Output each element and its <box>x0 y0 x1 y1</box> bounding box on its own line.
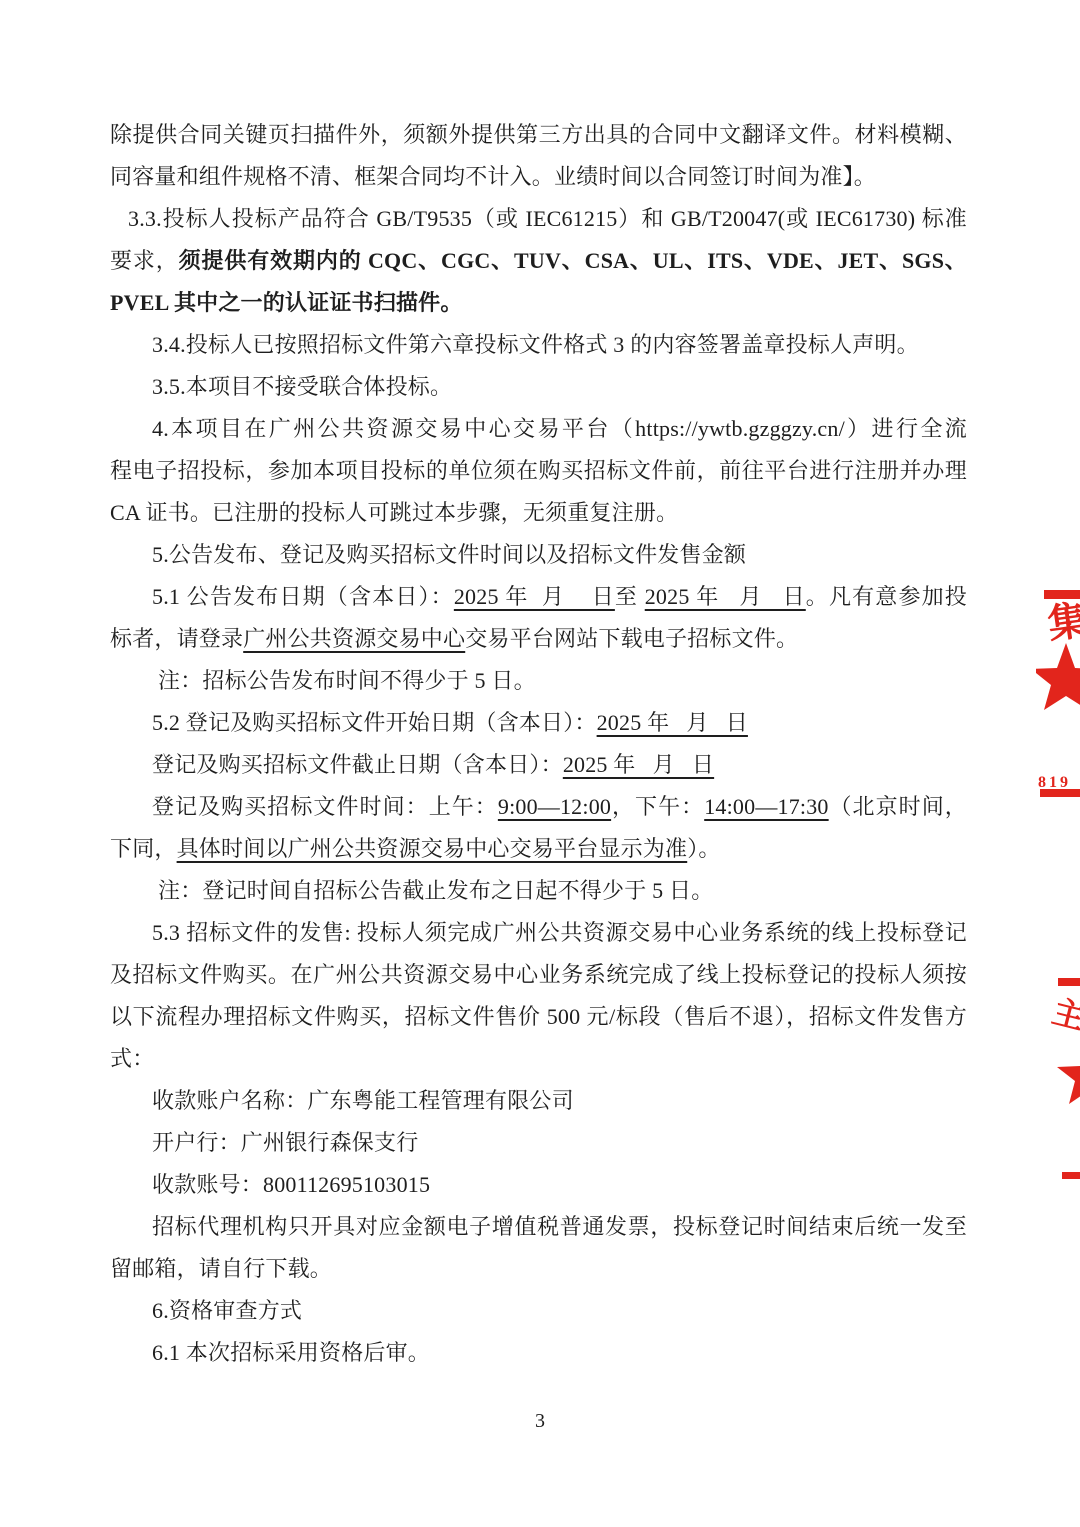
text-line: 以下流程办理招标文件购买，招标文件售价 500 元/标段（售后不退），招标文件发… <box>110 996 967 1038</box>
text-line: 6.资格审查方式 <box>110 1290 967 1332</box>
star-icon <box>1036 643 1080 710</box>
text-line: 5.2 登记及购买招标文件开始日期（含本日）：2025 年 月 日 <box>110 702 967 744</box>
text-line: 5.1 公告发布日期（含本日）：2025 年 月 日至 2025 年 月 日。凡… <box>110 576 967 618</box>
text-line: 下同，具体时间以广州公共资源交易中心交易平台显示为准）。 <box>110 828 967 870</box>
fill-in-blank: 2025 年 月 日 <box>597 710 748 735</box>
text-line: 收款账户名称：广东粤能工程管理有限公司 <box>110 1080 967 1122</box>
text-segment: 4.本项目在广州公共资源交易中心交易平台（https://ywtb.gzggzy… <box>152 416 967 441</box>
text-line: 6.1 本次招标采用资格后审。 <box>110 1332 967 1374</box>
document-page: 除提供合同关键页扫描件外，须额外提供第三方出具的合同中文翻译文件。材料模糊、合同… <box>0 0 1080 1527</box>
text-segment: 登记及购买招标文件截止日期（含本日）： <box>152 752 563 777</box>
text-segment: 注：招标公告发布时间不得少于 5 日。 <box>158 668 536 693</box>
text-line: 标者，请登录广州公共资源交易中心交易平台网站下载电子招标文件。 <box>110 618 967 660</box>
fill-in-blank: 2025 年 月 日 <box>454 584 615 609</box>
text-segment: 5.1 公告发布日期（含本日）： <box>152 584 454 609</box>
seal-stamp-fragment-bottom: 主 <box>1050 972 1080 1184</box>
star-icon <box>1057 1044 1080 1104</box>
text-line: 同容量和组件规格不清、框架合同均不计入。业绩时间以合同签订时间为准】。 <box>110 156 967 198</box>
text-segment: 招标代理机构只开具对应金额电子增值税普通发票，投标登记时间结束后统一发至所 <box>152 1214 967 1248</box>
text-segment: ，下午： <box>611 794 704 819</box>
text-segment: 除提供合同关键页扫描件外，须额外提供第三方出具的合同中文翻译文件。材料模糊、合 <box>110 122 967 156</box>
text-line: 5.公告发布、登记及购买招标文件时间以及招标文件发售金额 <box>110 534 967 576</box>
text-segment: 5.2 登记及购买招标文件开始日期（含本日）： <box>152 710 597 735</box>
text-line: 注：登记时间自招标公告截止发布之日起不得少于 5 日。 <box>110 870 967 912</box>
text-line: 招标代理机构只开具对应金额电子增值税普通发票，投标登记时间结束后统一发至所 <box>110 1206 967 1248</box>
text-segment: 5.3 招标文件的发售: 投标人须完成广州公共资源交易中心业务系统的线上投标登记 <box>152 920 967 945</box>
text-segment: 6.1 本次招标采用资格后审。 <box>152 1340 430 1365</box>
text-line: 及招标文件购买。在广州公共资源交易中心业务系统完成了线上投标登记的投标人须按照 <box>110 954 967 996</box>
seal-stamp-bottom-graphic: 主 <box>1050 972 1080 1184</box>
text-segment: （北京时间， <box>829 794 967 819</box>
text-line: 注：招标公告发布时间不得少于 5 日。 <box>110 660 967 702</box>
text-segment: 至 <box>615 584 645 609</box>
text-line: 5.3 招标文件的发售: 投标人须完成广州公共资源交易中心业务系统的线上投标登记 <box>110 912 967 954</box>
text-line: CA 证书。已注册的投标人可跳过本步骤，无须重复注册。 <box>110 492 967 534</box>
text-line: 登记及购买招标文件截止日期（含本日）：2025 年 月 日 <box>110 744 967 786</box>
text-segment: 。凡有意参加投 <box>806 584 967 609</box>
text-segment: ）。 <box>687 836 720 861</box>
seal-bar-bottom <box>1062 1172 1080 1179</box>
text-segment: 同容量和组件规格不清、框架合同均不计入。业绩时间以合同签订时间为准】。 <box>110 164 876 189</box>
text-segment: 注：登记时间自招标公告截止发布之日起不得少于 5 日。 <box>158 878 713 903</box>
text-segment: 5.公告发布、登记及购买招标文件时间以及招标文件发售金额 <box>152 542 746 567</box>
seal-stamp-fragment-top: 集 819 <box>1036 578 1080 808</box>
page-number: 3 <box>0 1406 1080 1436</box>
seal-character: 主 <box>1050 993 1080 1036</box>
fill-in-blank: 9:00—12:00 <box>498 794 611 819</box>
text-segment: 收款账号：800112695103015 <box>152 1172 430 1197</box>
text-line: 除提供合同关键页扫描件外，须额外提供第三方出具的合同中文翻译文件。材料模糊、合 <box>110 114 967 156</box>
text-segment: 以下流程办理招标文件购买，招标文件售价 500 元/标段（售后不退），招标文件发… <box>110 1004 967 1029</box>
text-line: 3.3.投标人投标产品符合 GB/T9535（或 IEC61215）和 GB/T… <box>110 198 967 240</box>
text-segment: 标者，请登录 <box>110 626 243 651</box>
fill-in-blank: 14:00—17:30 <box>704 794 828 819</box>
text-segment: 须提供有效期内的 CQC、CGC、TUV、CSA、UL、ITS、VDE、JET、… <box>110 248 967 282</box>
text-line: 3.4.投标人已按照招标文件第六章投标文件格式 3 的内容签署盖章投标人声明。 <box>110 324 967 366</box>
text-segment: CA 证书。已注册的投标人可跳过本步骤，无须重复注册。 <box>110 500 678 525</box>
text-segment: 下同， <box>110 836 177 861</box>
text-segment: 开户行：广州银行森保支行 <box>152 1130 418 1155</box>
text-segment: 要求， <box>110 248 179 273</box>
seal-character: 集 <box>1045 597 1080 647</box>
text-line: PVEL 其中之一的认证证书扫描件。 <box>110 282 967 324</box>
text-segment: 3.3.投标人投标产品符合 GB/T9535（或 IEC61215）和 GB/T… <box>128 206 967 231</box>
text-segment: 式： <box>110 1046 154 1071</box>
text-segment: 登记及购买招标文件时间：上午： <box>152 794 498 819</box>
text-segment: 及招标文件购买。在广州公共资源交易中心业务系统完成了线上投标登记的投标人须按照 <box>110 962 967 996</box>
text-segment: 6.资格审查方式 <box>152 1298 302 1323</box>
text-segment: 交易平台网站下载电子招标文件。 <box>465 626 798 651</box>
seal-stamp-top-graphic: 集 819 <box>1036 578 1080 808</box>
text-segment: PVEL 其中之一的认证证书扫描件。 <box>110 290 463 315</box>
fill-in-blank: 2025 年 月 日 <box>563 752 714 777</box>
text-line: 开户行：广州银行森保支行 <box>110 1122 967 1164</box>
seal-bar-top <box>1058 978 1080 986</box>
text-line: 4.本项目在广州公共资源交易中心交易平台（https://ywtb.gzggzy… <box>110 408 967 450</box>
text-line: 要求，须提供有效期内的 CQC、CGC、TUV、CSA、UL、ITS、VDE、J… <box>110 240 967 282</box>
seal-bar-bottom <box>1040 789 1080 797</box>
text-line: 程电子招投标，参加本项目投标的单位须在购买招标文件前，前往平台进行注册并办理 <box>110 450 967 492</box>
text-line: 3.5.本项目不接受联合体投标。 <box>110 366 967 408</box>
document-body: 除提供合同关键页扫描件外，须额外提供第三方出具的合同中文翻译文件。材料模糊、合同… <box>110 114 967 1374</box>
text-line: 登记及购买招标文件时间：上午：9:00—12:00，下午：14:00—17:30… <box>110 786 967 828</box>
text-segment: 3.4.投标人已按照招标文件第六章投标文件格式 3 的内容签署盖章投标人声明。 <box>152 332 919 357</box>
fill-in-blank: 具体时间以广州公共资源交易中心交易平台显示为准 <box>177 836 688 861</box>
text-segment: 留邮箱，请自行下载。 <box>110 1256 332 1281</box>
fill-in-blank: 广州公共资源交易中心 <box>243 626 465 651</box>
text-line: 留邮箱，请自行下载。 <box>110 1248 967 1290</box>
text-segment: 程电子招投标，参加本项目投标的单位须在购买招标文件前，前往平台进行注册并办理 <box>110 458 967 483</box>
text-line: 收款账号：800112695103015 <box>110 1164 967 1206</box>
text-line: 式： <box>110 1038 967 1080</box>
fill-in-blank: 2025 年 月 日 <box>645 584 806 609</box>
text-segment: 收款账户名称：广东粤能工程管理有限公司 <box>152 1088 574 1113</box>
text-segment: 3.5.本项目不接受联合体投标。 <box>152 374 452 399</box>
seal-digits: 819 <box>1038 774 1071 791</box>
